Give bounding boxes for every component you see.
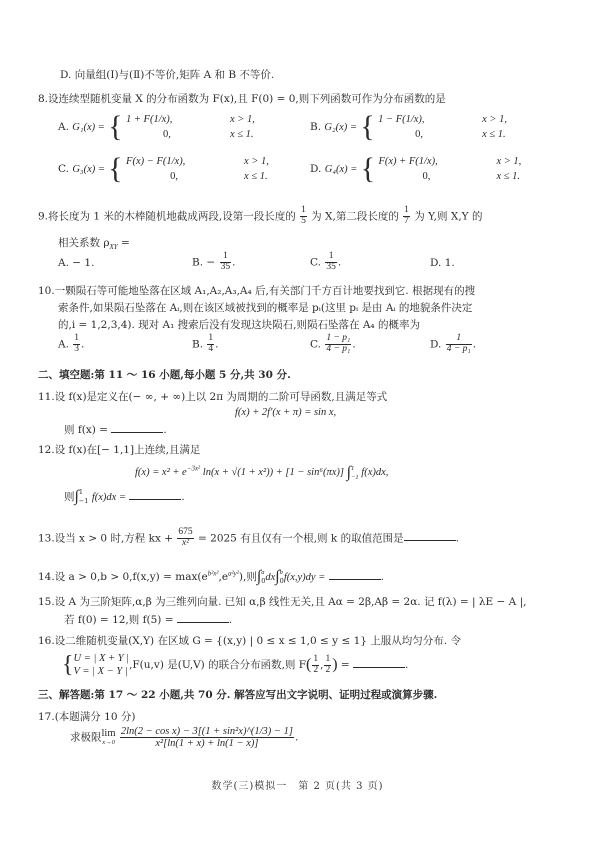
fraction: 135	[325, 252, 337, 273]
q11-answer-line: 则 f(x) = .	[64, 422, 167, 437]
equation-part: f(x) = x² + e	[135, 467, 187, 478]
stem-text: ),则	[239, 571, 257, 583]
cond1: x > 1,	[230, 112, 255, 127]
prompt: 求极限	[70, 732, 102, 744]
q17-header: 17.(本题满分 10 分)	[38, 710, 135, 724]
option-label: B.	[192, 256, 203, 268]
integrand: f(x,y)dy =	[284, 572, 325, 583]
q10-number: 10.	[38, 285, 55, 297]
answer-prefix: 则	[64, 491, 75, 503]
end: .	[232, 256, 235, 268]
denominator: 2	[324, 666, 331, 676]
option-label: C.	[310, 338, 321, 350]
end: .	[338, 256, 341, 268]
cond2: x ≤ 1.	[496, 169, 520, 184]
denominator: 4	[207, 345, 214, 355]
left-brace: {	[108, 152, 122, 185]
case2: 0,	[126, 169, 222, 184]
q16-line2: {U = | X + Y |V = | X − Y |,F(u,v) 是(U,V…	[62, 650, 408, 680]
q15-line1: 15.设 A 为三阶矩阵,α,β 为三维列向量. 已知 α,β 线性无关,且 A…	[38, 595, 526, 609]
fraction: 13	[73, 334, 80, 355]
stem-text: 相关系数 ρ	[58, 237, 110, 249]
q11-number: 11.	[38, 391, 55, 403]
exponent: b²x²	[208, 569, 219, 577]
option-label: D.	[310, 163, 321, 175]
fraction: 2ln(2 − cos x) − 3[(1 + sin²x)^(1/3) − 1…	[120, 726, 294, 749]
lim-label: lim	[102, 728, 116, 739]
denominator: x²[ln(1 + x) + ln(1 − x)]	[120, 738, 294, 749]
case1: F(x) − F(1/x),	[126, 154, 222, 169]
q16-line1: 16.设二维随机变量(X,Y) 在区域 G = {(x,y) | 0 ≤ x ≤…	[38, 634, 461, 648]
q9-option-b: B. − 135.	[192, 252, 235, 273]
separator: ,e	[219, 571, 229, 583]
stem-text: 一颗陨石等可能地坠落在区域 A₁,A₂,A₃,A₄ 后,有关部门千方百计地要找到…	[55, 285, 475, 297]
answer-suffix: .	[229, 614, 232, 626]
piecewise: F(x) + F(1/x),x > 1, 0,x ≤ 1.	[378, 154, 521, 184]
option-func: G₁(x) =	[72, 122, 105, 133]
q8-option-d: D. G₄(x) = { F(x) + F(1/x),x > 1, 0,x ≤ …	[310, 154, 521, 184]
section3-title: 三、解答题:第 17 ～ 22 小题,共 70 分. 解答应写出文字说明、证明过…	[38, 688, 437, 702]
q12-number: 12.	[38, 444, 55, 456]
denominator: 5	[300, 217, 307, 227]
case2: 0,	[378, 169, 474, 184]
integrand: f(x)dx,	[361, 467, 388, 478]
q9-option-d: D. 1.	[430, 256, 455, 270]
fraction: 15	[300, 206, 307, 227]
q14-number: 14.	[38, 571, 55, 583]
denominator: 7	[403, 217, 410, 227]
cond1: x > 1,	[496, 154, 521, 169]
stem-text: =	[118, 237, 130, 249]
piecewise: 1 − F(1/x),x > 1, 0,x ≤ 1.	[378, 112, 507, 142]
case1: U = | X + Y |	[74, 652, 130, 665]
denominator: 35	[325, 263, 337, 273]
stem-text: 设 f(x)在[− 1,1]上连续,且满足	[55, 444, 201, 456]
exam-page: D. 向量组(Ⅰ)与(Ⅱ)不等价,矩阵 A 和 B 不等价. 8.设连续型随机变…	[0, 0, 595, 841]
paren: (	[306, 656, 311, 673]
stem-text: 设二维随机变量(X,Y) 在区域 G = {(x,y) | 0 ≤ x ≤ 1,…	[55, 635, 461, 647]
left-brace: {	[360, 110, 374, 143]
piecewise: F(x) − F(1/x),x > 1, 0,x ≤ 1.	[126, 154, 269, 184]
answer-prefix: 则 f(x) =	[64, 424, 108, 436]
option-label: A.	[58, 257, 69, 269]
q10-option-d: D. 14 − p₁.	[430, 334, 476, 355]
stem-text: = 2025 有且仅有一个根,则 k 的取值范围是	[198, 532, 404, 544]
cond2: x ≤ 1.	[230, 127, 254, 142]
differential: dx	[265, 572, 275, 583]
fraction: 12	[324, 655, 331, 676]
exponent: a²y²	[228, 569, 239, 577]
fraction: 14 − p₁	[446, 334, 472, 355]
denominator: 2	[312, 666, 319, 676]
option-label: B.	[310, 121, 321, 133]
answer-blank[interactable]	[177, 612, 229, 623]
lim-subscript: x→0	[102, 740, 116, 747]
lower-limit: −1	[351, 473, 359, 482]
answer-blank[interactable]	[404, 530, 456, 541]
q9-stem: 9.将长度为 1 米的木棒随机地截成两段,设第一段长度的 15 为 X,第二段长…	[38, 206, 482, 227]
left-brace: {	[361, 152, 375, 185]
fraction: 14	[207, 334, 214, 355]
q8-stem: 8.设连续型随机变量 X 的分布函数为 F(x),且 F(0) = 0,则下列函…	[38, 92, 446, 106]
stem-text: 若 f(0) = 12,则 f(5) =	[64, 614, 174, 626]
answer-blank[interactable]	[111, 422, 163, 433]
integral-limits: 1−1	[351, 464, 359, 482]
q8-option-c: C. G₃(x) = { F(x) − F(1/x),x > 1, 0,x ≤ …	[58, 154, 269, 184]
points: (本题满分 10 分)	[55, 711, 136, 723]
option-label: A.	[58, 338, 69, 350]
stem-text: 设当 x > 0 时,方程 kx +	[55, 532, 173, 544]
answer-suffix: .	[163, 424, 166, 436]
fraction: 675x²	[177, 528, 193, 549]
q9-option-a: A. − 1.	[58, 256, 94, 270]
q11-equation: f(x) + 2f′(x + π) = sin x,	[235, 406, 336, 420]
q12-answer-line: 则∫1−1 f(x)dx = .	[64, 486, 185, 508]
answer-suffix: .	[181, 491, 184, 503]
integrand: f(x)dx =	[92, 492, 126, 503]
limit: limx→0	[102, 729, 116, 746]
page-footer: 数学(三)模拟一 第 2 页(共 3 页)	[0, 780, 595, 794]
option-value: − 1.	[72, 257, 94, 269]
q15-line2: 若 f(0) = 12,则 f(5) = .	[64, 612, 232, 627]
q17-number: 17.	[38, 711, 55, 723]
stem-text: 为 X,第二段长度的	[311, 210, 399, 222]
answer-blank[interactable]	[129, 489, 181, 500]
end: .	[295, 732, 298, 744]
option-label: C.	[310, 256, 321, 268]
q10-option-a: A. 13.	[58, 334, 84, 355]
q13-number: 13.	[38, 532, 55, 544]
stem-text: 设 f(x)是定义在(− ∞, + ∞)上以 2π 为周期的二阶可导函数,且满足…	[55, 391, 388, 403]
option-value: 1.	[445, 257, 455, 269]
denominator: 3	[73, 345, 80, 355]
cond2: x ≤ 1.	[482, 127, 506, 142]
q7-option-d: D. 向量组(Ⅰ)与(Ⅱ)不等价,矩阵 A 和 B 不等价.	[60, 68, 274, 82]
q10-option-b: B. 14.	[192, 334, 219, 355]
q14-stem: 14.设 a > 0,b > 0,f(x,y) = max(eb²x²,ea²y…	[38, 566, 384, 588]
case2: 0,	[378, 127, 460, 142]
q8-option-b: B. G₂(x) = { 1 − F(1/x),x > 1, 0,x ≤ 1.	[310, 112, 507, 142]
section2-title: 二、填空题:第 11 ～ 16 小题,每小题 5 分,共 30 分.	[38, 368, 291, 382]
q8-number: 8.	[38, 93, 48, 105]
numerator: 1	[324, 655, 331, 666]
option-label: A.	[58, 121, 69, 133]
option-label: B.	[192, 338, 203, 350]
case1: F(x) + F(1/x),	[378, 154, 474, 169]
q12-equation: f(x) = x² + e−3x² ln(x + √(1 + x²)) + [1…	[135, 462, 388, 484]
answer-blank[interactable]	[353, 657, 405, 668]
fraction: 135	[220, 252, 232, 273]
exponent: −3x²	[187, 465, 200, 473]
left-brace: {	[62, 652, 74, 678]
piecewise: 1 + F(1/x),x > 1, 0,x ≤ 1.	[126, 112, 255, 142]
q15-number: 15.	[38, 596, 55, 608]
integral-limits: 1−1	[79, 488, 89, 506]
q10-line1: 10.一颗陨石等可能地坠落在区域 A₁,A₂,A₃,A₄ 后,有关部门千方百计地…	[38, 284, 475, 298]
answer-suffix: .	[381, 571, 384, 583]
fraction: 17	[403, 206, 410, 227]
piecewise: U = | X + Y |V = | X − Y |	[74, 652, 130, 678]
q8-stem-text: 设连续型随机变量 X 的分布函数为 F(x),且 F(0) = 0,则下列函数可…	[48, 93, 446, 105]
stem-text: 设 a > 0,b > 0,f(x,y) = max(e	[55, 571, 208, 583]
q17-expression: 求极限limx→0 2ln(2 − cos x) − 3[(1 + sin²x)…	[70, 726, 298, 749]
q9-stem-line2: 相关系数 ρXY =	[58, 236, 130, 253]
stem-text: ,F(u,v) 是(U,V) 的联合分布函数,则 F	[129, 659, 306, 671]
cond1: x > 1,	[244, 154, 269, 169]
q9-number: 9.	[38, 210, 48, 222]
numerator: 1	[312, 655, 319, 666]
q10-line3: 的,i = 1,2,3,4). 现对 A₁ 搜索后没有发现这块陨石,则陨石坠落在…	[58, 318, 420, 332]
cond1: x > 1,	[482, 112, 507, 127]
case1: 1 − F(1/x),	[378, 112, 460, 127]
answer-suffix: .	[456, 532, 459, 544]
cond2: x ≤ 1.	[244, 169, 268, 184]
option-func: G₂(x) =	[324, 122, 357, 133]
equation-part: ln(x + √(1 + x²)) + [1 − sin⁶(πx)]	[200, 467, 344, 478]
q13-stem: 13.设当 x > 0 时,方程 kx + 675x² = 2025 有且仅有一…	[38, 528, 459, 549]
q10-line2: 索条件,如果陨石坠落在 Aᵢ,则在该区域被找到的概率是 pᵢ(这里 pᵢ 是由 …	[58, 301, 472, 315]
denominator: 4 − p₁	[325, 345, 351, 355]
case1: 1 + F(1/x),	[126, 112, 208, 127]
q16-number: 16.	[38, 635, 55, 647]
option-label: C.	[58, 163, 69, 175]
lower-limit: −1	[79, 497, 89, 506]
stem-text: 将长度为 1 米的木棒随机地截成两段,设第一段长度的	[48, 210, 296, 222]
upper-limit: 1	[79, 488, 89, 497]
q9-option-c: C. 135.	[310, 252, 341, 273]
q11-stem: 11.设 f(x)是定义在(− ∞, + ∞)上以 2π 为周期的二阶可导函数,…	[38, 390, 387, 404]
q12-stem: 12.设 f(x)在[− 1,1]上连续,且满足	[38, 443, 200, 457]
upper-limit: 1	[351, 464, 359, 473]
q10-option-c: C. 1 − p₁4 − p₁.	[310, 334, 356, 355]
option-label: D.	[430, 338, 441, 350]
option-func: G₄(x) =	[325, 164, 358, 175]
denominator: x²	[177, 539, 193, 549]
answer-suffix: .	[405, 659, 408, 671]
stem-text: =	[338, 659, 350, 671]
denominator: 35	[220, 263, 232, 273]
option-label: D.	[430, 257, 441, 269]
left-brace: {	[108, 110, 122, 143]
subscript: XY	[110, 243, 118, 251]
case2: V = | X − Y |	[74, 665, 130, 678]
stem-text: 为 Y,则 X,Y 的	[414, 210, 482, 222]
q8-option-a: A. G₁(x) = { 1 + F(1/x),x > 1, 0,x ≤ 1.	[58, 112, 255, 142]
answer-blank[interactable]	[329, 569, 381, 580]
case2: 0,	[126, 127, 208, 142]
fraction: 12	[312, 655, 319, 676]
sign: −	[206, 256, 215, 268]
denominator: 4 − p₁	[446, 345, 472, 355]
option-func: G₃(x) =	[72, 164, 105, 175]
fraction: 1 − p₁4 − p₁	[325, 334, 351, 355]
stem-text: 设 A 为三阶矩阵,α,β 为三维列向量. 已知 α,β 线性无关,且 Aα =…	[55, 596, 527, 608]
numerator: 2ln(2 − cos x) − 3[(1 + sin²x)^(1/3) − 1…	[120, 726, 294, 738]
